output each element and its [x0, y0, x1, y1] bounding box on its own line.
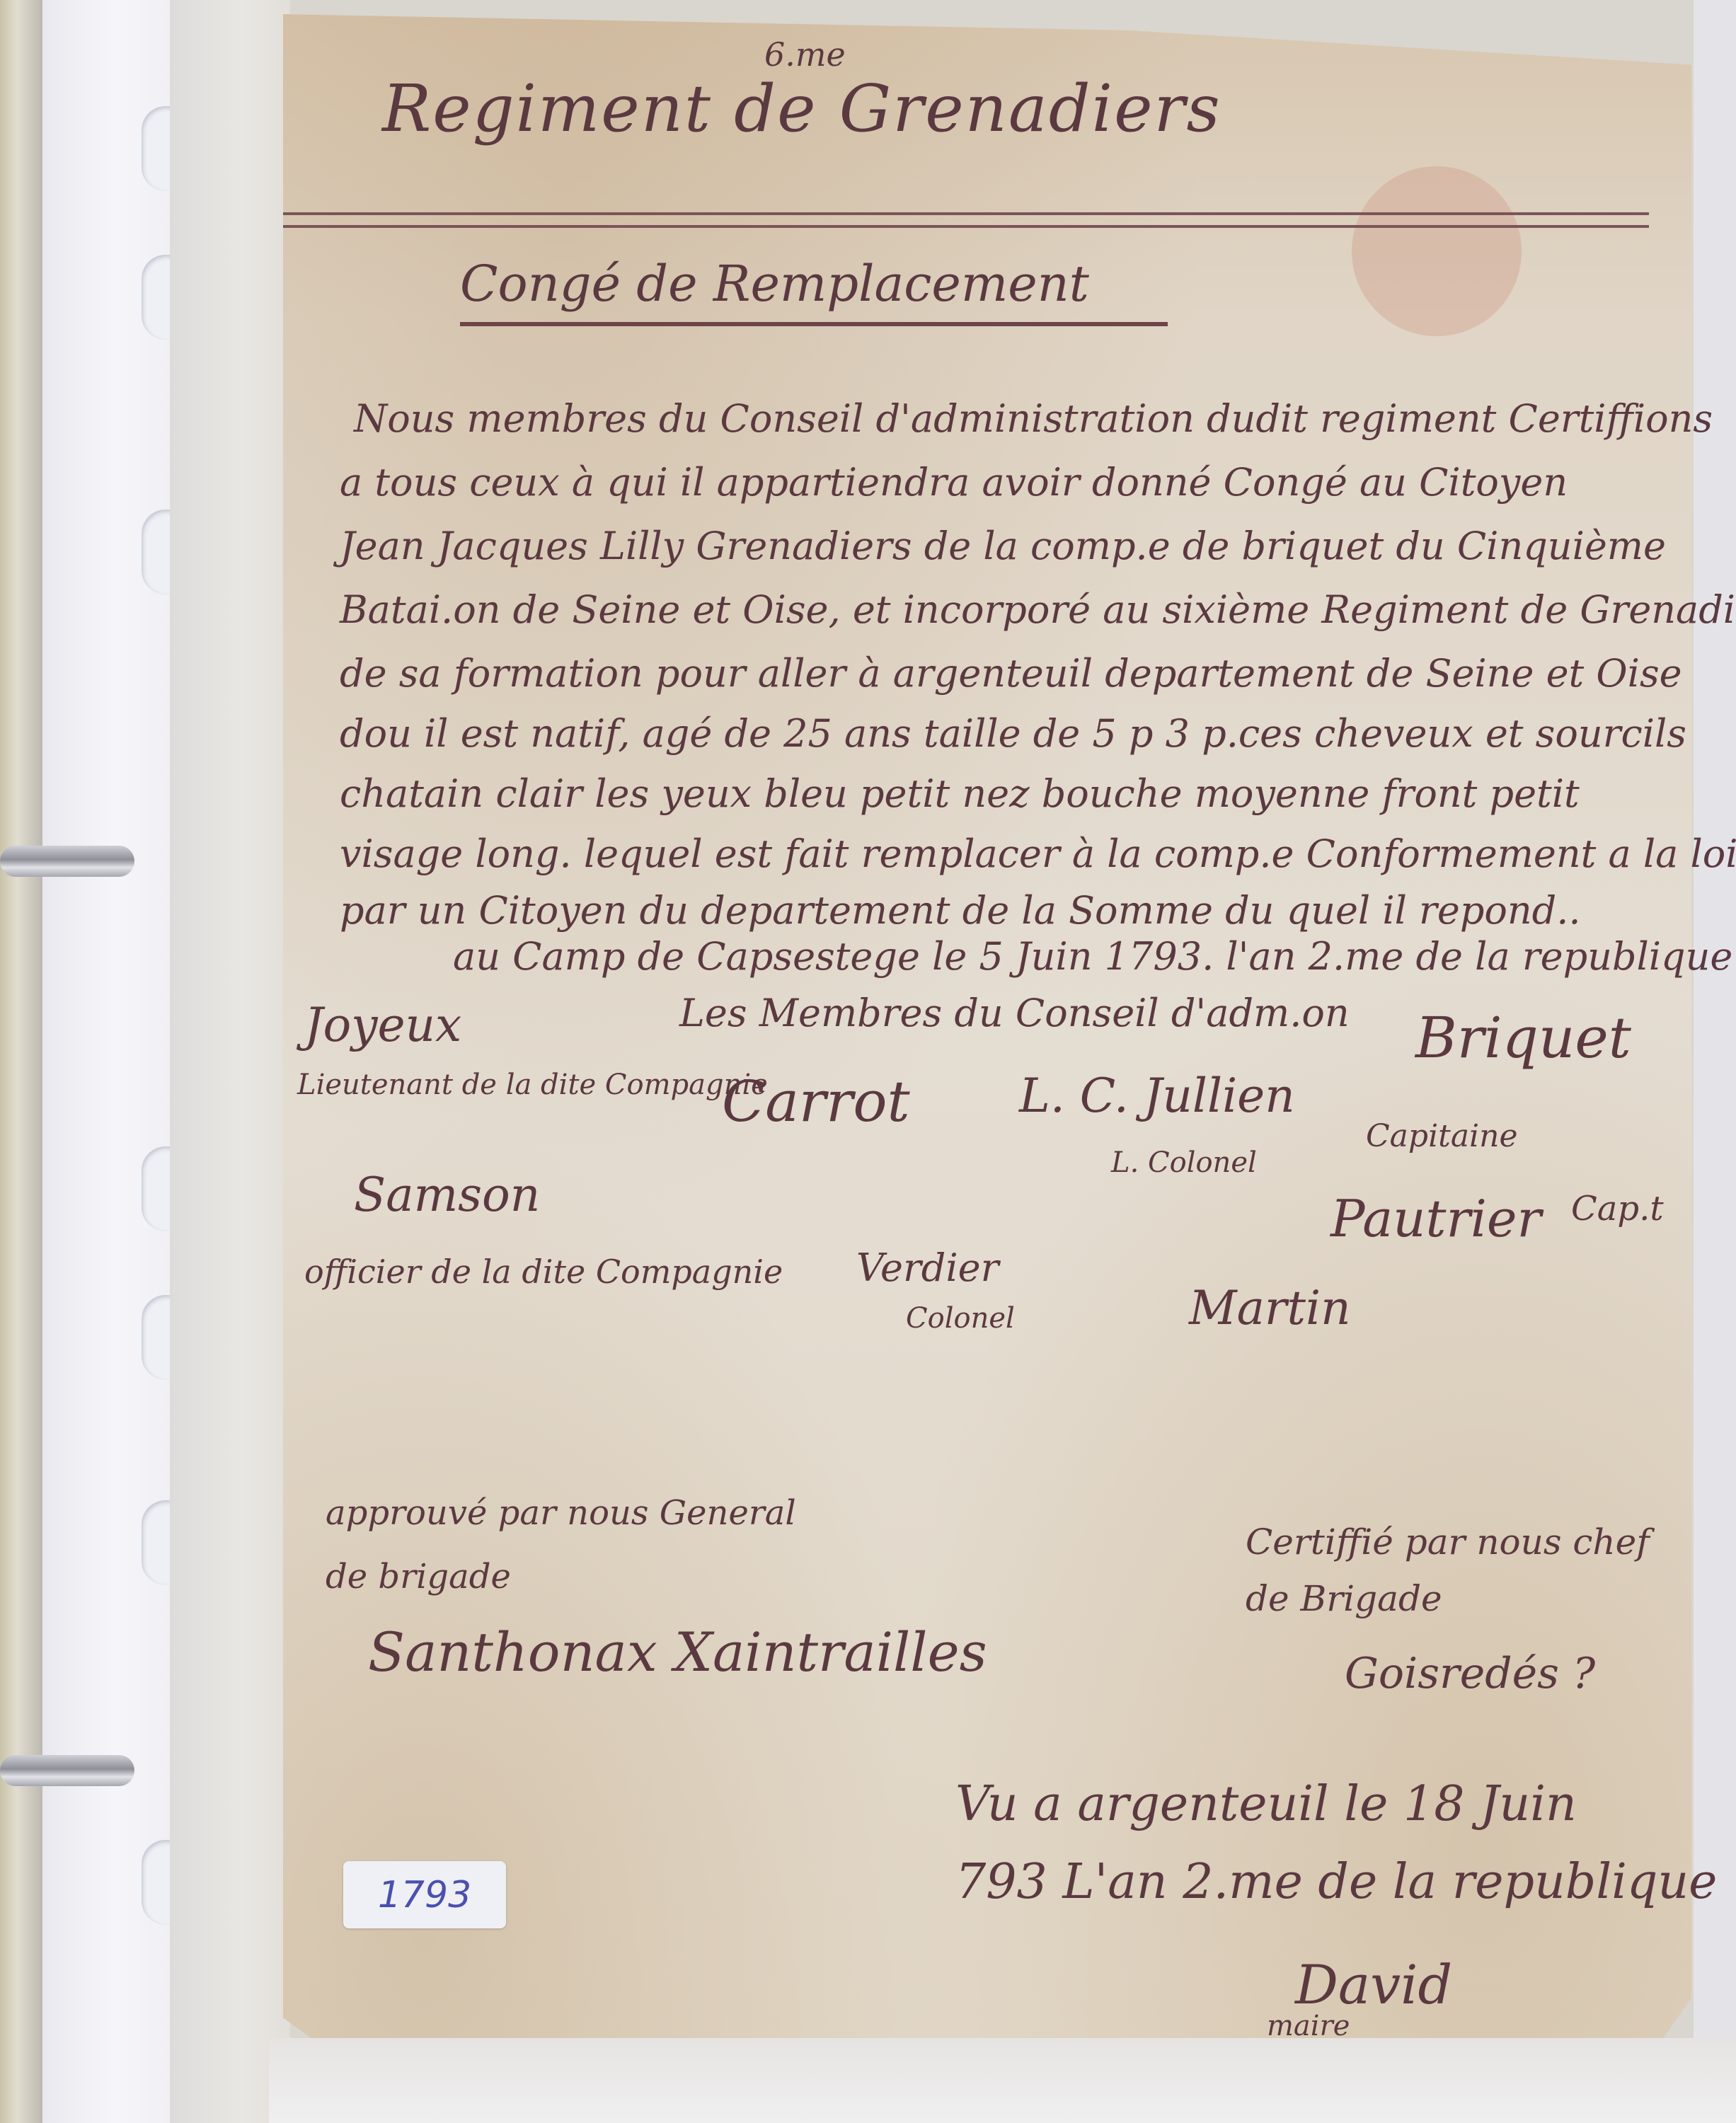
body-line: Batai.on de Seine et Oise, et incorporé …	[340, 587, 1736, 632]
subtitle-underline	[460, 322, 1168, 326]
regiment-number: 6.me	[764, 35, 846, 74]
binder-ring	[0, 1755, 134, 1786]
signature-title: Lieutenant de la dite Compagnie	[297, 1069, 768, 1101]
signature-title: maire	[1267, 2010, 1350, 2042]
body-line: de sa formation pour aller à argenteuil …	[340, 651, 1682, 696]
signature-general: Santhonax Xaintrailles	[368, 1621, 987, 1684]
body-line: chatain clair les yeux bleu petit nez bo…	[340, 771, 1580, 816]
signature-title: Capitaine	[1366, 1118, 1518, 1154]
body-line: Jean Jacques Lilly Grenadiers de la comp…	[340, 524, 1666, 568]
place-date: au Camp de Capsestege le 5 Juin 1793. l'…	[453, 934, 1732, 979]
signature-chef-brigade: Goisredés ?	[1345, 1649, 1595, 1698]
signature-jullien: L. C. Jullien	[1019, 1069, 1295, 1123]
certification-line: de Brigade	[1246, 1578, 1442, 1619]
signature-joyeux: Joyeux	[304, 998, 461, 1052]
signature-mayor: David	[1295, 1953, 1452, 2016]
signature-title: officier de la dite Compagnie	[304, 1253, 783, 1291]
certification-line: Certiffié par nous chef	[1246, 1521, 1650, 1563]
signature-martin: Martin	[1189, 1281, 1351, 1335]
body-line: dou il est natif, agé de 25 ans taille d…	[340, 711, 1686, 756]
archive-year-text: 1793	[378, 1874, 471, 1916]
approval-line: approuvé par nous General	[326, 1493, 796, 1533]
document-subtitle: Congé de Remplacement	[460, 255, 1089, 313]
body-line: par un Citoyen du departement de la Somm…	[340, 888, 1581, 933]
seal-stain	[1352, 166, 1522, 336]
signature-verdier: Verdier	[856, 1245, 999, 1290]
binder-spine	[0, 0, 42, 2123]
title-divider	[283, 212, 1649, 228]
background-page	[1694, 0, 1736, 2123]
body-line: a tous ceux à qui il appartiendra avoir …	[340, 460, 1568, 505]
sleeve-punch-strip	[42, 0, 184, 2123]
signature-briquet: Briquet	[1415, 1005, 1631, 1071]
signature-carrot: Carrot	[722, 1069, 910, 1134]
approval-line: de brigade	[326, 1557, 511, 1596]
council-line: Les Membres du Conseil d'adm.on	[679, 991, 1350, 1035]
binder-ring	[0, 846, 134, 877]
signature-samson: Samson	[354, 1168, 540, 1222]
signature-title: L. Colonel	[1111, 1146, 1257, 1179]
visa-line: 793 L'an 2.me de la republique	[955, 1854, 1717, 1910]
visa-line: Vu a argenteuil le 18 Juin	[955, 1776, 1577, 1832]
signature-suffix: Cap.t	[1571, 1189, 1664, 1229]
body-line: Nous membres du Conseil d'administration…	[354, 396, 1713, 441]
signature-pautrier: Pautrier	[1330, 1189, 1541, 1248]
document-title: Regiment de Grenadiers	[382, 71, 1221, 146]
signature-title: Colonel	[906, 1302, 1015, 1335]
body-line: visage long. lequel est fait remplacer à…	[340, 832, 1736, 876]
archive-year-label: 1793	[343, 1861, 506, 1928]
plastic-sleeve	[170, 0, 290, 2123]
sleeve-bottom-edge	[269, 2038, 1736, 2123]
